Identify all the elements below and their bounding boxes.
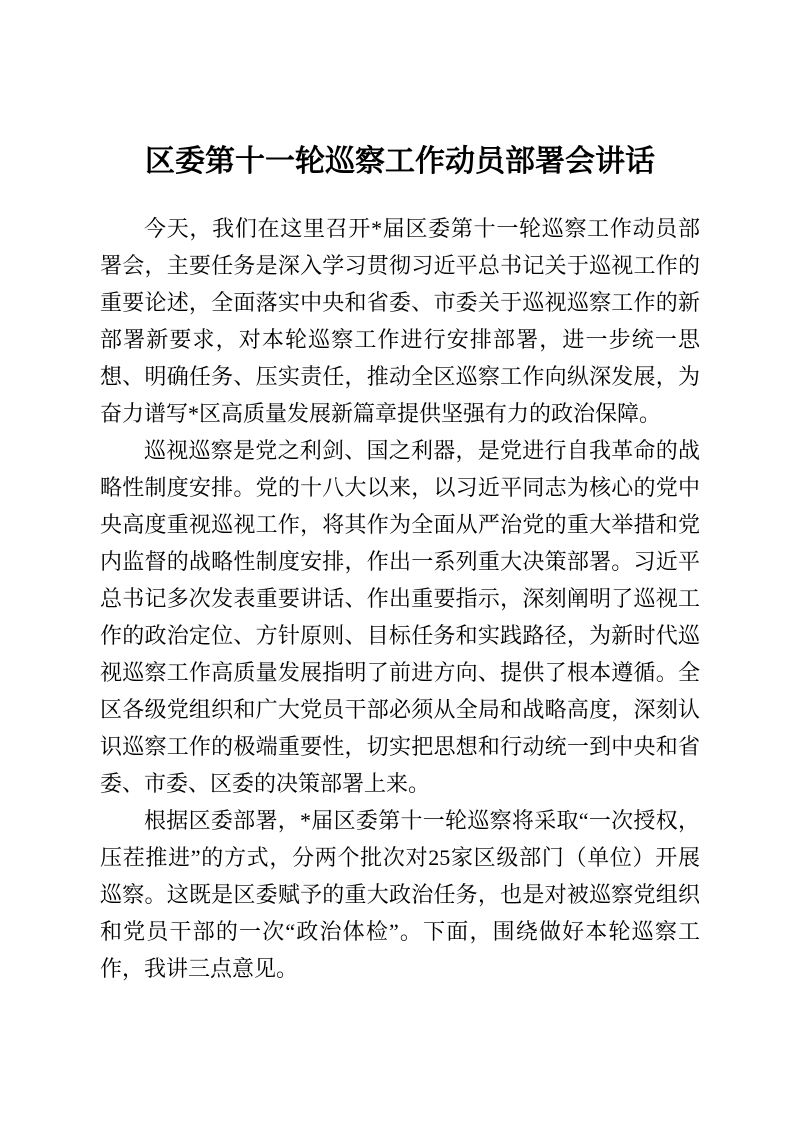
paragraph: 根据区委部署，*届区委第十一轮巡察将采取“一次授权，压茬推进”的方式，分两个批次… bbox=[100, 802, 700, 987]
document-body: 今天，我们在这里召开*届区委第十一轮巡察工作动员部署会，主要任务是深入学习贯彻习… bbox=[100, 210, 700, 987]
document-title: 区委第十一轮巡察工作动员部署会讲话 bbox=[100, 0, 700, 184]
document-content: 区委第十一轮巡察工作动员部署会讲话 今天，我们在这里召开*届区委第十一轮巡察工作… bbox=[0, 0, 800, 987]
document-page: 区委第十一轮巡察工作动员部署会讲话 今天，我们在这里召开*届区委第十一轮巡察工作… bbox=[0, 0, 800, 1131]
paragraph: 巡视巡察是党之利剑、国之利器，是党进行自我革命的战略性制度安排。党的十八大以来，… bbox=[100, 432, 700, 802]
paragraph: 今天，我们在这里召开*届区委第十一轮巡察工作动员部署会，主要任务是深入学习贯彻习… bbox=[100, 210, 700, 432]
